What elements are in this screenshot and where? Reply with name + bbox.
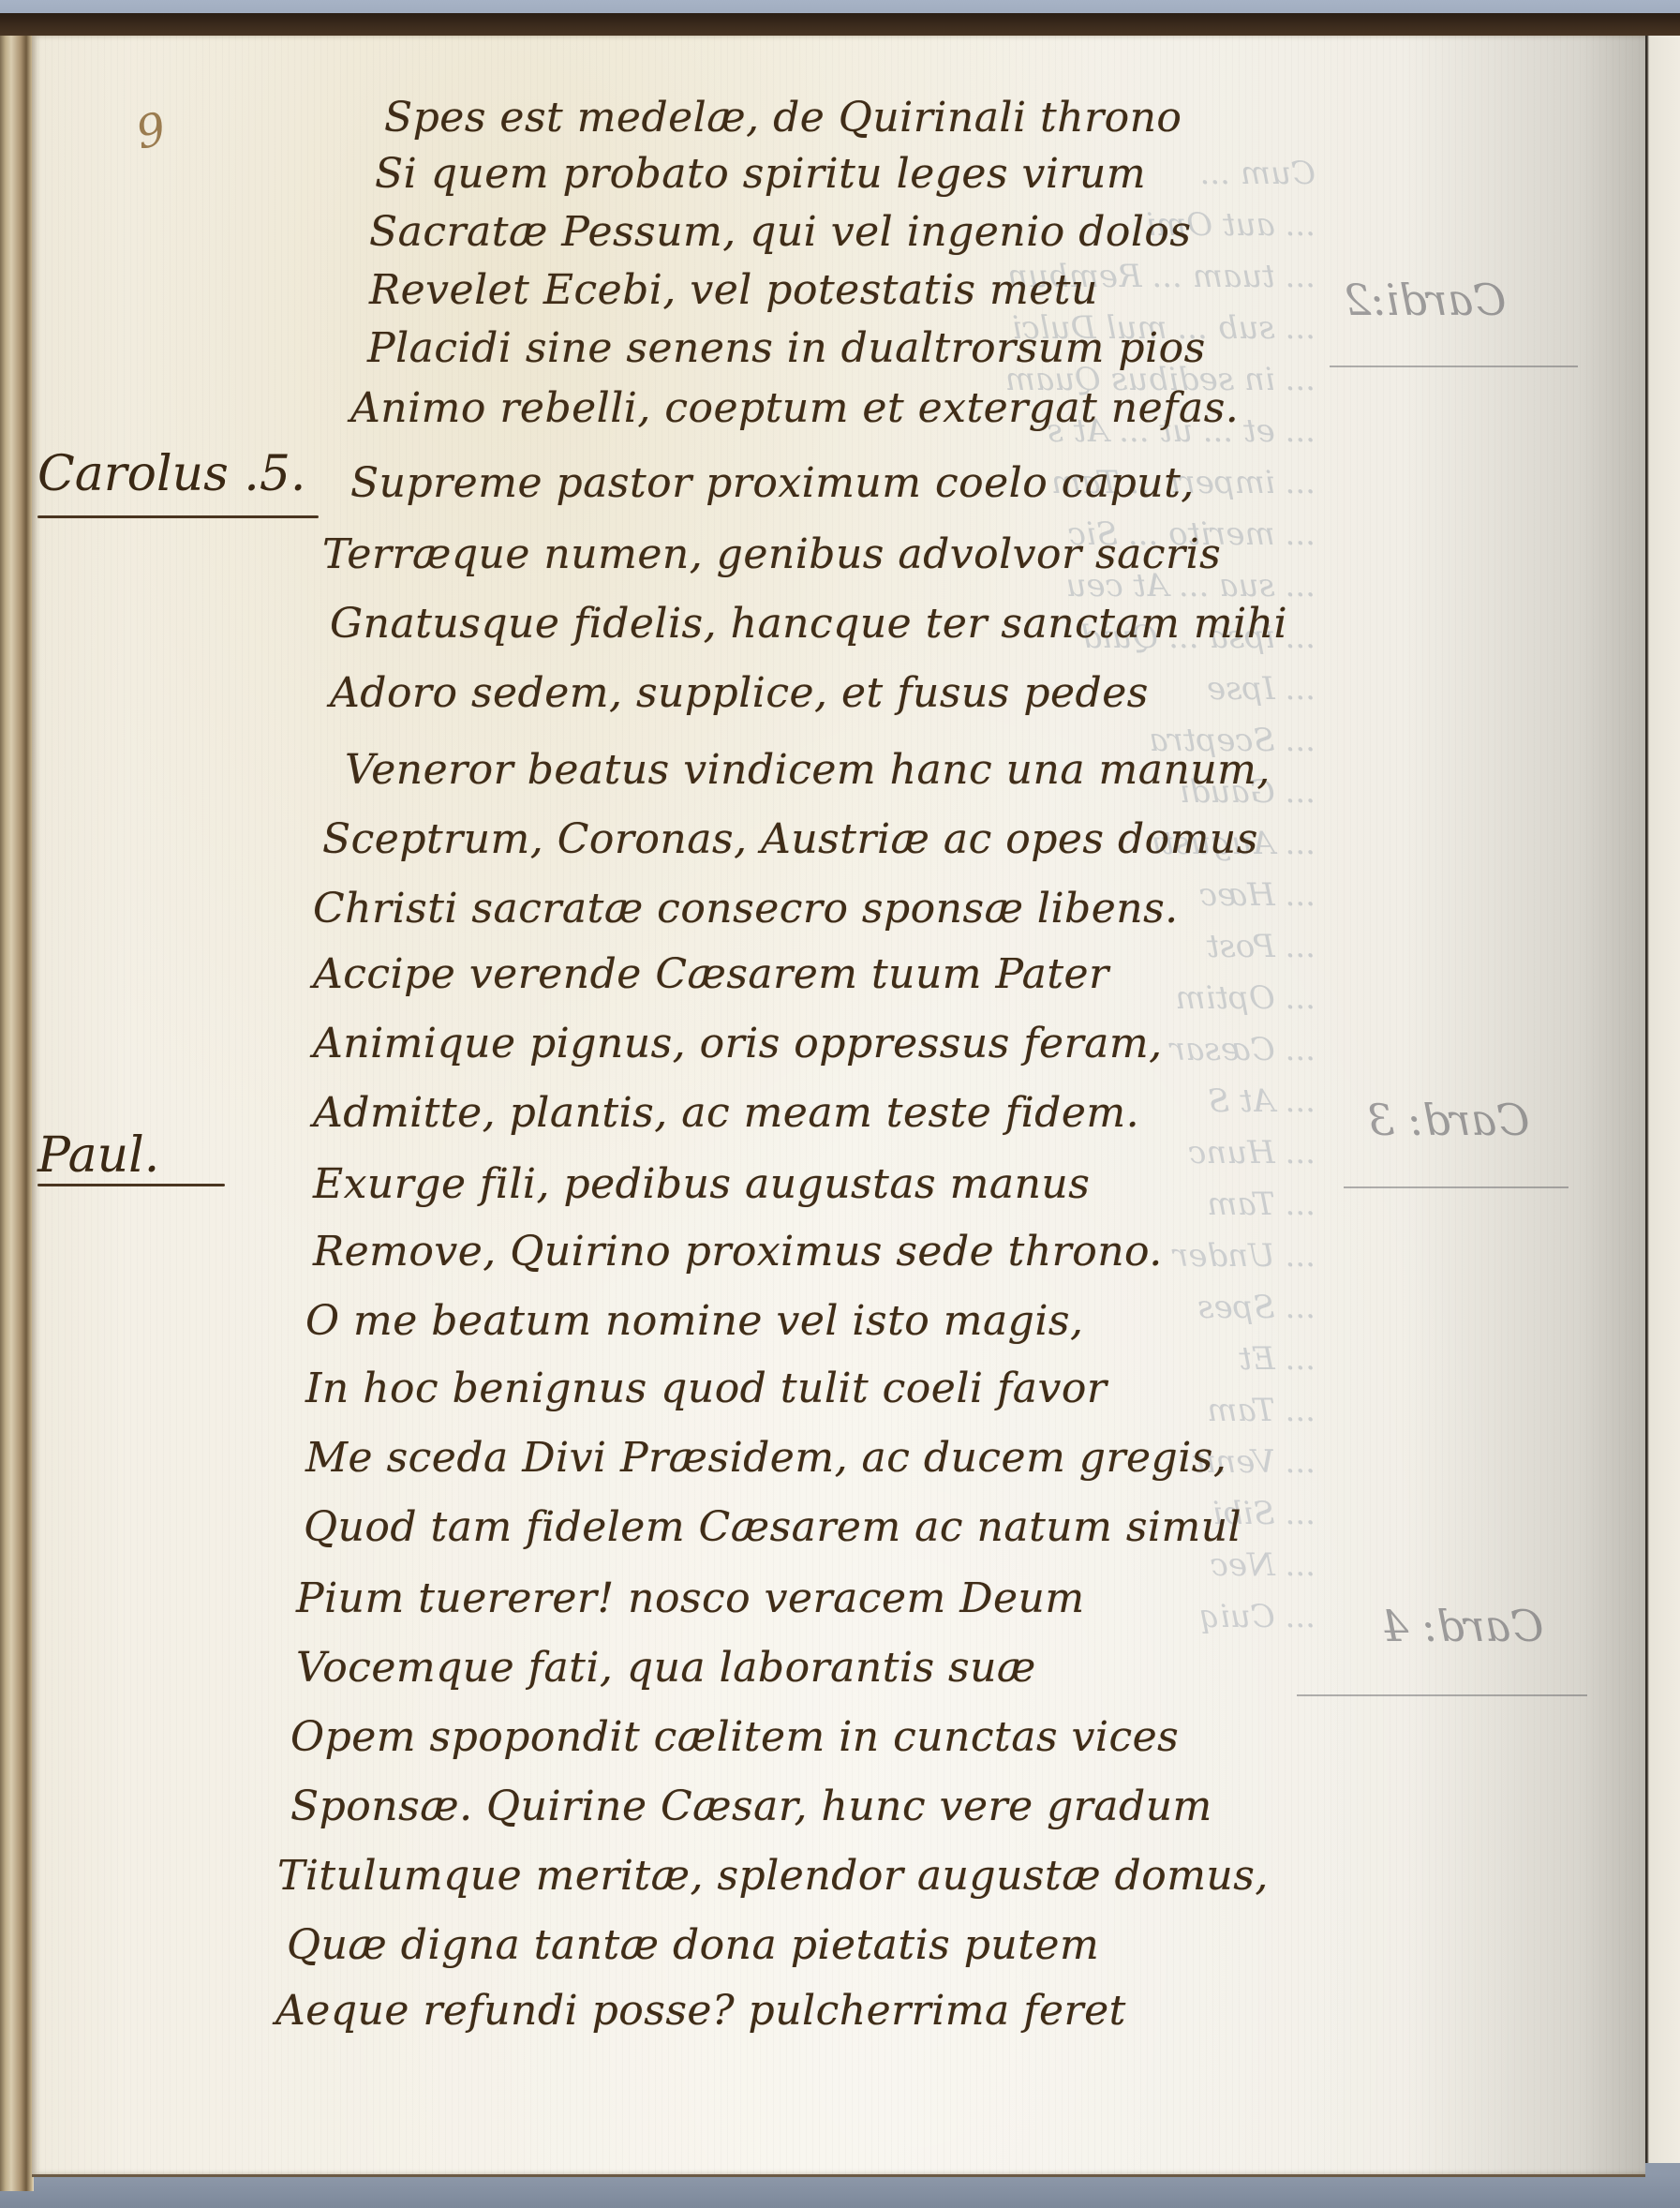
verse-line: Remove, Quirino proximus sede throno. bbox=[313, 1228, 1163, 1276]
manuscript-scan: Cum ... ... aut Omi ... tuam ... Rembun … bbox=[0, 0, 1680, 2208]
bleed-through-rule-2 bbox=[1344, 1186, 1568, 1188]
verse-line: Adoro sedem, supplice, et fusus pedes bbox=[330, 669, 1149, 717]
folio-number: 9 bbox=[132, 102, 171, 159]
verse-line: Spes est medelæ, de Quirinali throno bbox=[384, 94, 1182, 142]
verse-line: Animo rebelli, coeptum et extergat nefas… bbox=[350, 384, 1239, 432]
verse-line: Quod tam fidelem Cæsarem ac natum simul bbox=[304, 1503, 1241, 1551]
verse-line: Quæ digna tantæ dona pietatis putem bbox=[287, 1921, 1099, 1969]
book-binding-edge bbox=[0, 13, 1680, 37]
verse-line: O me beatum nomine vel isto magis, bbox=[305, 1297, 1083, 1345]
book-gutter-left bbox=[0, 36, 34, 2191]
verse-line: Exurge fili, pedibus augustas manus bbox=[313, 1160, 1090, 1208]
verse-line: Pium tuererer! nosco veracem Deum bbox=[296, 1574, 1085, 1622]
verse-line: Si quem probato spiritu leges virum bbox=[375, 150, 1146, 198]
verse-line: Placidi sine senens in dualtrorsum pios bbox=[367, 324, 1206, 372]
verse-line: Revelet Ecebi, vel potestatis metu bbox=[369, 266, 1098, 314]
margin-rule-carolus bbox=[37, 515, 319, 518]
bleed-through-label-2: Card: 3 bbox=[1367, 1095, 1529, 1145]
verse-line: Admitte, plantis, ac meam teste fidem. bbox=[313, 1089, 1139, 1137]
verse-line: Veneror beatus vindicem hanc una manum, bbox=[345, 746, 1271, 794]
bleed-through-label-3: Card: 4 bbox=[1381, 1601, 1543, 1651]
manuscript-page: Cum ... ... aut Omi ... tuam ... Rembun … bbox=[32, 36, 1645, 2177]
verse-line: Opem spopondit cælitem in cunctas vices bbox=[290, 1713, 1179, 1761]
verse-line: Gnatusque fidelis, hancque ter sanctam m… bbox=[330, 600, 1287, 648]
verse-line: Me sceda Divi Præsidem, ac ducem gregis, bbox=[305, 1434, 1227, 1482]
verse-line: Aeque refundi posse? pulcherrima feret bbox=[275, 1987, 1126, 2035]
verse-line: In hoc benignus quod tulit coeli favor bbox=[305, 1365, 1107, 1412]
bleed-through-rule-1 bbox=[1330, 366, 1578, 367]
adjacent-leaf-edge bbox=[1645, 36, 1680, 2163]
verse-line: Sponsæ. Quirine Cæsar, hunc vere gradum bbox=[290, 1783, 1212, 1830]
verse-line: Vocemque fati, qua laborantis suæ bbox=[296, 1644, 1036, 1692]
verse-line: Christi sacratæ consecro sponsæ libens. bbox=[313, 885, 1179, 932]
bleed-through-rule-3 bbox=[1297, 1694, 1587, 1696]
margin-note-paul: Paul. bbox=[37, 1127, 159, 1184]
verse-line: Titulumque meritæ, splendor augustæ domu… bbox=[277, 1852, 1269, 1900]
bleed-through-label-1: Cardi:2 bbox=[1344, 275, 1507, 325]
verse-line: Sacratæ Pessum, qui vel ingenio dolos bbox=[369, 208, 1192, 256]
margin-note-carolus: Carolus .5. bbox=[37, 446, 305, 502]
margin-rule-paul bbox=[37, 1184, 225, 1186]
verse-line: Sceptrum, Coronas, Austriæ ac opes domus bbox=[322, 815, 1258, 863]
verse-line: Accipe verende Cæsarem tuum Pater bbox=[313, 950, 1109, 998]
verse-line: Terræque numen, genibus advolvor sacris bbox=[322, 530, 1221, 578]
verse-line: Supreme pastor proximum coelo caput, bbox=[350, 459, 1195, 507]
verse-line: Animique pignus, oris oppressus feram, bbox=[313, 1020, 1163, 1067]
